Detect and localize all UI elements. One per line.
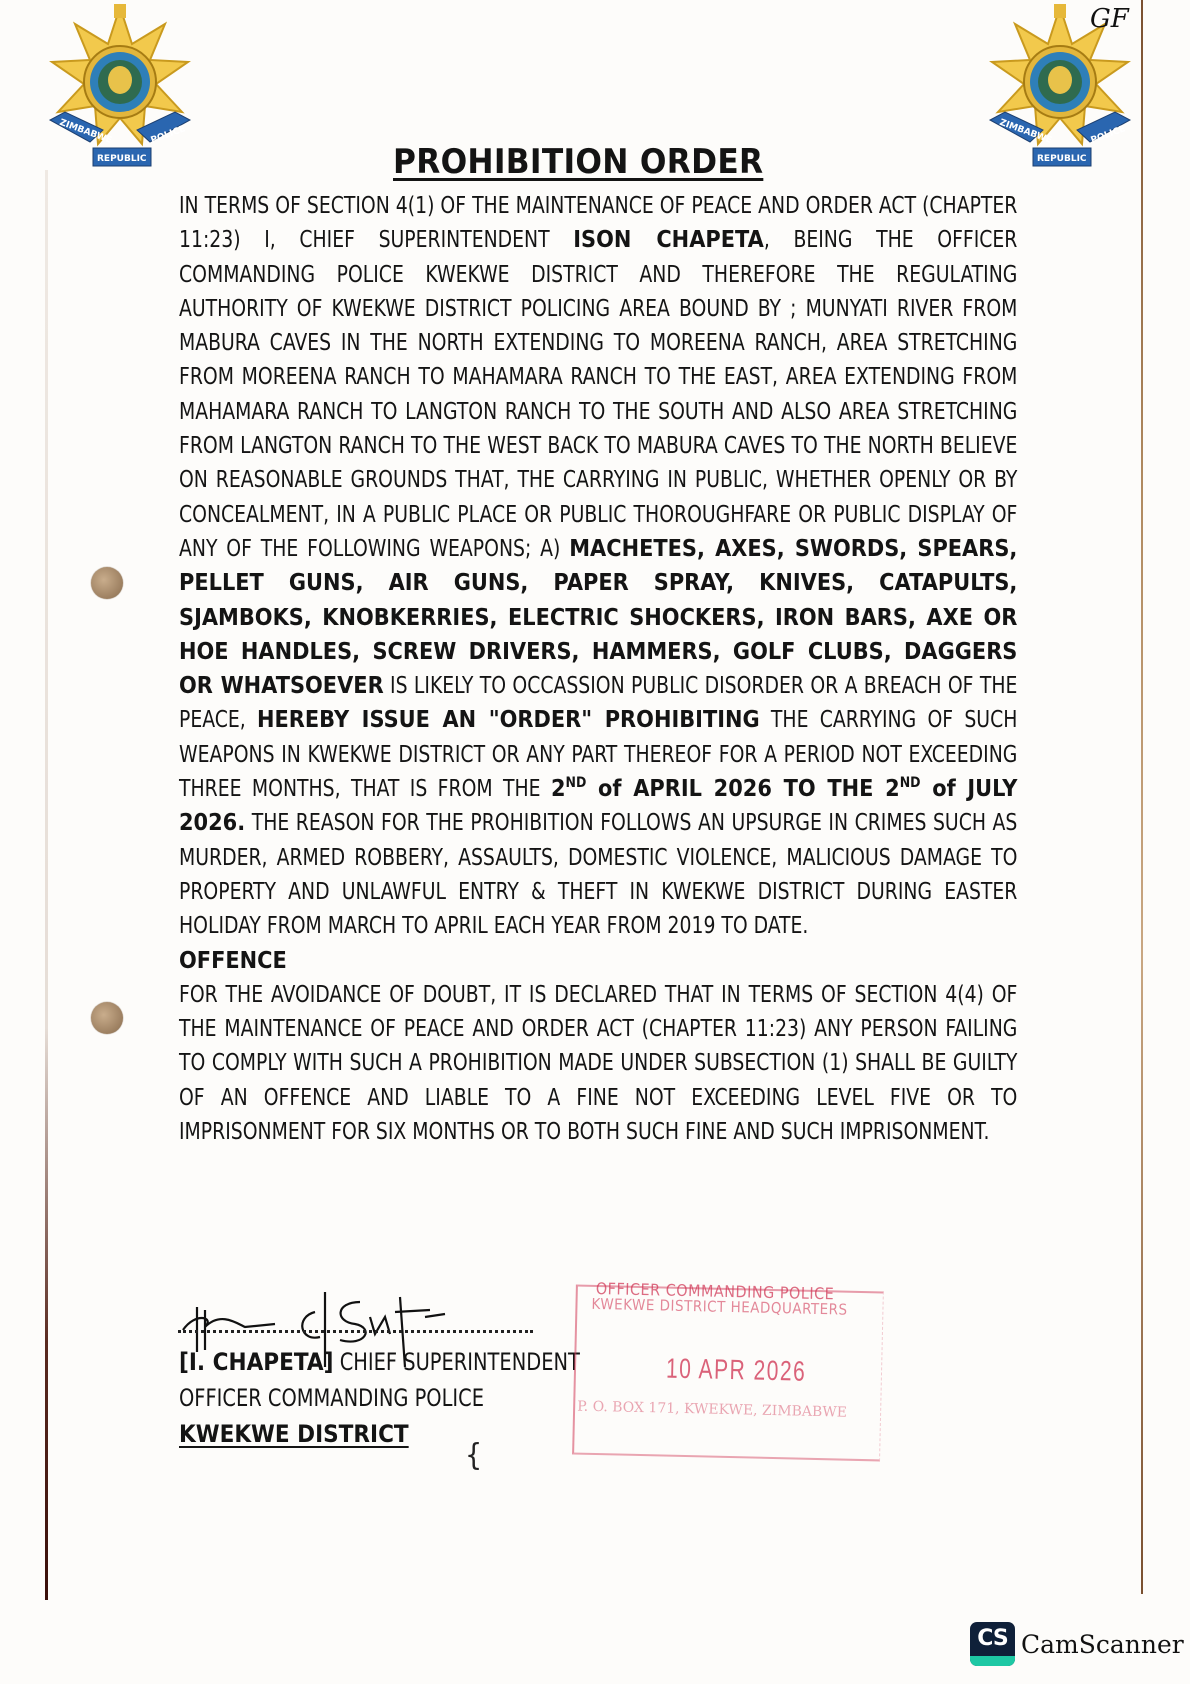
camscanner-watermark: CS CamScanner: [970, 1622, 1184, 1666]
page-title: PROHIBITION ORDER: [393, 142, 763, 182]
office-stamp: OFFICER COMMANDING POLICE KWEKWE DISTRIC…: [566, 1274, 892, 1469]
signatory-name: [I. CHAPETA]: [179, 1348, 334, 1376]
officer-name: ISON CHAPETA: [573, 225, 764, 253]
svg-text:REPUBLIC: REPUBLIC: [1037, 154, 1087, 164]
order-clause: HEREBY ISSUE AN "ORDER" PROHIBITING: [257, 705, 760, 733]
signatory-district: KWEKWE DISTRICT: [179, 1420, 409, 1448]
svg-text:REPUBLIC: REPUBLIC: [97, 154, 147, 164]
page-edge-left: [45, 170, 48, 1600]
police-badge-icon: ZIMBABWE POLICE REPUBLIC: [45, 2, 195, 177]
bleed-through-text: ​: [180, 1460, 600, 1498]
offence-heading: OFFENCE: [179, 943, 1017, 977]
police-emblem-left: ZIMBABWE POLICE REPUBLIC: [45, 2, 195, 177]
camscanner-logo-icon: CS: [970, 1622, 1015, 1666]
signatory-rank: CHIEF SUPERINTENDENT: [334, 1348, 580, 1376]
signatory-block: [I. CHAPETA] CHIEF SUPERINTENDENT OFFICE…: [179, 1344, 580, 1452]
camscanner-label: CamScanner: [1021, 1630, 1184, 1659]
page-edge-right: [1141, 0, 1143, 1594]
handwritten-initials: GF: [1090, 4, 1129, 34]
order-paragraph: IN TERMS OF SECTION 4(1) OF THE MAINTENA…: [179, 188, 1017, 943]
punch-hole: [91, 567, 123, 599]
signatory-office: OFFICER COMMANDING POLICE: [179, 1380, 580, 1416]
punch-hole: [91, 1002, 123, 1034]
stamp-date: 10 APR 2026: [666, 1353, 807, 1388]
signature-line: [178, 1330, 533, 1333]
order-body: IN TERMS OF SECTION 4(1) OF THE MAINTENA…: [179, 188, 1017, 1148]
offence-paragraph: FOR THE AVOIDANCE OF DOUBT, IT IS DECLAR…: [179, 977, 1017, 1148]
